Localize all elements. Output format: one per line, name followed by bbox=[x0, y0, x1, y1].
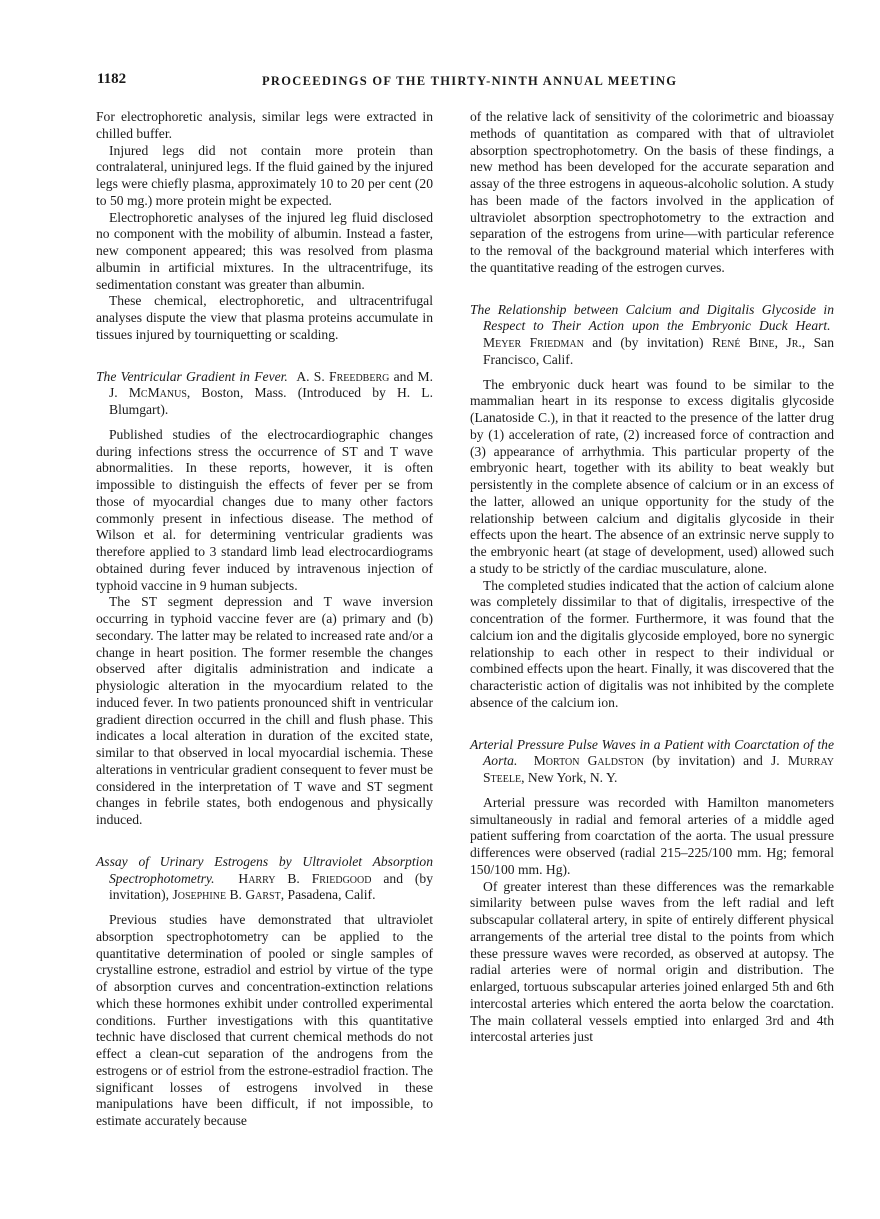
body-paragraph: of the relative lack of sensitivity of t… bbox=[470, 109, 834, 277]
author-affiliation: , Pasadena, Calif. bbox=[281, 887, 376, 902]
author-name: Harry B. Friedgood bbox=[238, 871, 371, 886]
author-name: Meyer Friedman bbox=[483, 335, 584, 350]
abstract-heading: Arterial Pressure Pulse Waves in a Patie… bbox=[470, 737, 834, 787]
body-paragraph: Injured legs did not contain more protei… bbox=[96, 143, 433, 210]
left-column: For electrophoretic analysis, similar le… bbox=[96, 109, 433, 1130]
body-paragraph: Electrophoretic analyses of the injured … bbox=[96, 210, 433, 294]
body-paragraph: The ST segment depression and T wave inv… bbox=[96, 594, 433, 829]
author-connector: and (by invitation) bbox=[584, 335, 712, 350]
body-paragraph: These chemical, electrophoretic, and ult… bbox=[96, 293, 433, 343]
abstract-heading: Assay of Urinary Estrogens by Ultraviole… bbox=[96, 854, 433, 904]
body-paragraph: The embryonic duck heart was found to be… bbox=[470, 377, 834, 578]
author-name: A. S. Freedberg bbox=[296, 369, 389, 384]
author-connector: (by invitation) and bbox=[644, 753, 771, 768]
body-paragraph: Arterial pressure was recorded with Hami… bbox=[470, 795, 834, 879]
author-name: René Bine, Jr. bbox=[712, 335, 802, 350]
author-affiliation: , New York, N. Y. bbox=[521, 770, 617, 785]
author-name: Josephine B. Garst bbox=[172, 887, 280, 902]
body-paragraph: The completed studies indicated that the… bbox=[470, 578, 834, 712]
page-number: 1182 bbox=[97, 71, 126, 88]
right-column: of the relative lack of sensitivity of t… bbox=[470, 109, 834, 1046]
author-connector: and bbox=[389, 369, 417, 384]
body-paragraph: For electrophoretic analysis, similar le… bbox=[96, 109, 433, 143]
abstract-title: The Ventricular Gradient in Fever. bbox=[96, 369, 288, 384]
body-paragraph: Published studies of the electrocardiogr… bbox=[96, 427, 433, 595]
abstract-heading: The Relationship between Calcium and Dig… bbox=[470, 302, 834, 369]
body-paragraph: Previous studies have demonstrated that … bbox=[96, 912, 433, 1130]
running-head: PROCEEDINGS OF THE THIRTY-NINTH ANNUAL M… bbox=[262, 74, 677, 89]
abstract-heading: The Ventricular Gradient in Fever. A. S.… bbox=[96, 369, 433, 419]
abstract-title: The Relationship between Calcium and Dig… bbox=[470, 302, 834, 334]
author-name: Morton Galdston bbox=[534, 753, 644, 768]
body-paragraph: Of greater interest than these differenc… bbox=[470, 879, 834, 1047]
